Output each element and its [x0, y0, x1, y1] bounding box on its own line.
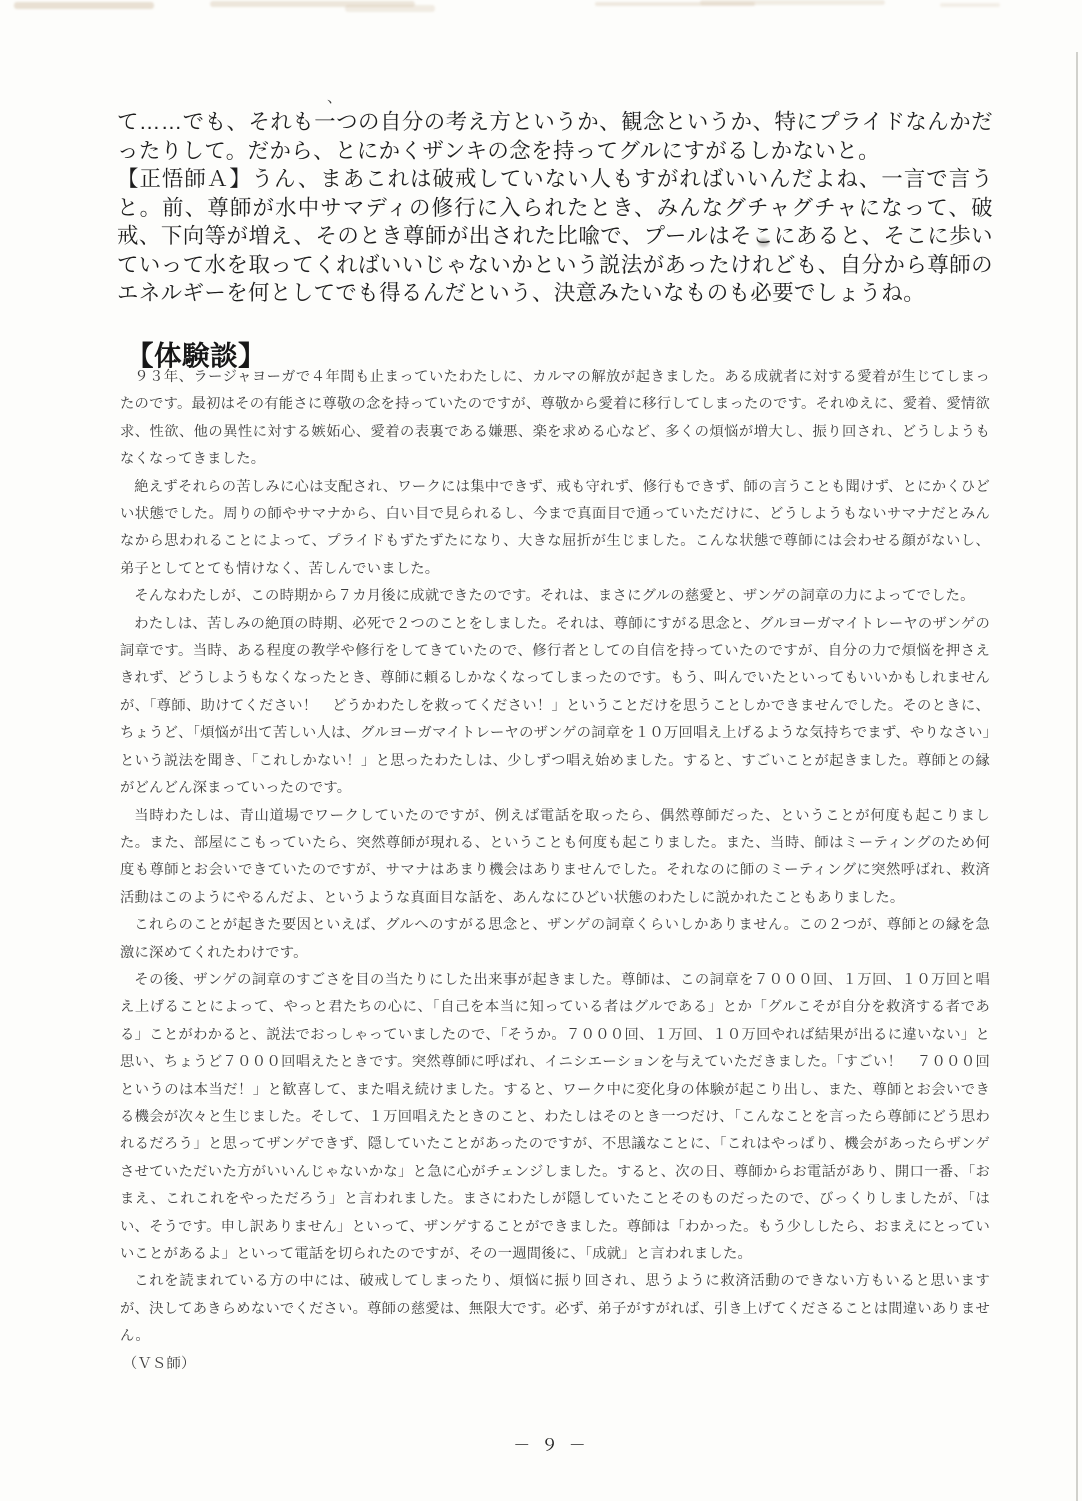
experience-paragraph: ９３年、ラージャヨーガで４年間も止まっていたわたしに、カルマの解放が起きました。…	[120, 364, 990, 474]
experience-paragraph: 絶えずそれらの苦しみに心は支配され、ワークには集中できず、戒も守れず、修行もでき…	[120, 474, 990, 584]
scan-edge-artifact	[14, 2, 154, 9]
scanned-document-page: 、 て……でも、それも一つの自分の考え方というか、観念というか、特にプライドなん…	[0, 0, 1082, 1501]
page-number: － ９ －	[10, 1431, 1082, 1456]
experience-paragraph: そんなわたしが、この時期から７カ月後に成就できたのです。それは、まさにグルの慈愛…	[120, 583, 990, 610]
experience-text-block: ９３年、ラージャヨーガで４年間も止まっていたわたしに、カルマの解放が起きました。…	[120, 364, 990, 1378]
experience-paragraph: 当時わたしは、青山道場でワークしていたのですが、例えば電話を取ったら、偶然尊師だ…	[120, 803, 990, 913]
experience-paragraph: これを読まれている方の中には、破戒してしまったり、煩悩に振り回され、思うように救…	[120, 1268, 990, 1350]
stray-comma-artifact: 、	[327, 86, 342, 107]
scan-edge-artifact	[345, 5, 435, 12]
intro-paragraph-2: 【正悟師Ａ】うん、まあこれは破戒していない人もすがればいいんだよね、一言で言うと…	[117, 165, 993, 308]
scan-edge-artifact	[940, 3, 1000, 7]
experience-paragraph: その後、ザンゲの詞章のすごさを目の当たりにした出来事が起きました。尊師は、この詞…	[120, 967, 990, 1268]
intro-text-block: て……でも、それも一つの自分の考え方というか、観念というか、特にプライドなんかだ…	[117, 108, 993, 308]
experience-paragraph: これらのことが起きた要因といえば、グルへのすがる思念と、ザンゲの詞章くらいしかあ…	[120, 912, 990, 967]
scan-edge-artifact	[700, 0, 885, 5]
intro-paragraph-1: て……でも、それも一つの自分の考え方というか、観念というか、特にプライドなんかだ…	[117, 108, 993, 165]
scan-line-artifact	[1076, 52, 1078, 1501]
experience-paragraph: わたしは、苦しみの絶頂の時期、必死で２つのことをしました。それは、尊師にすがる思…	[120, 611, 990, 803]
signature-line: （ＶＳ師）	[120, 1351, 990, 1378]
